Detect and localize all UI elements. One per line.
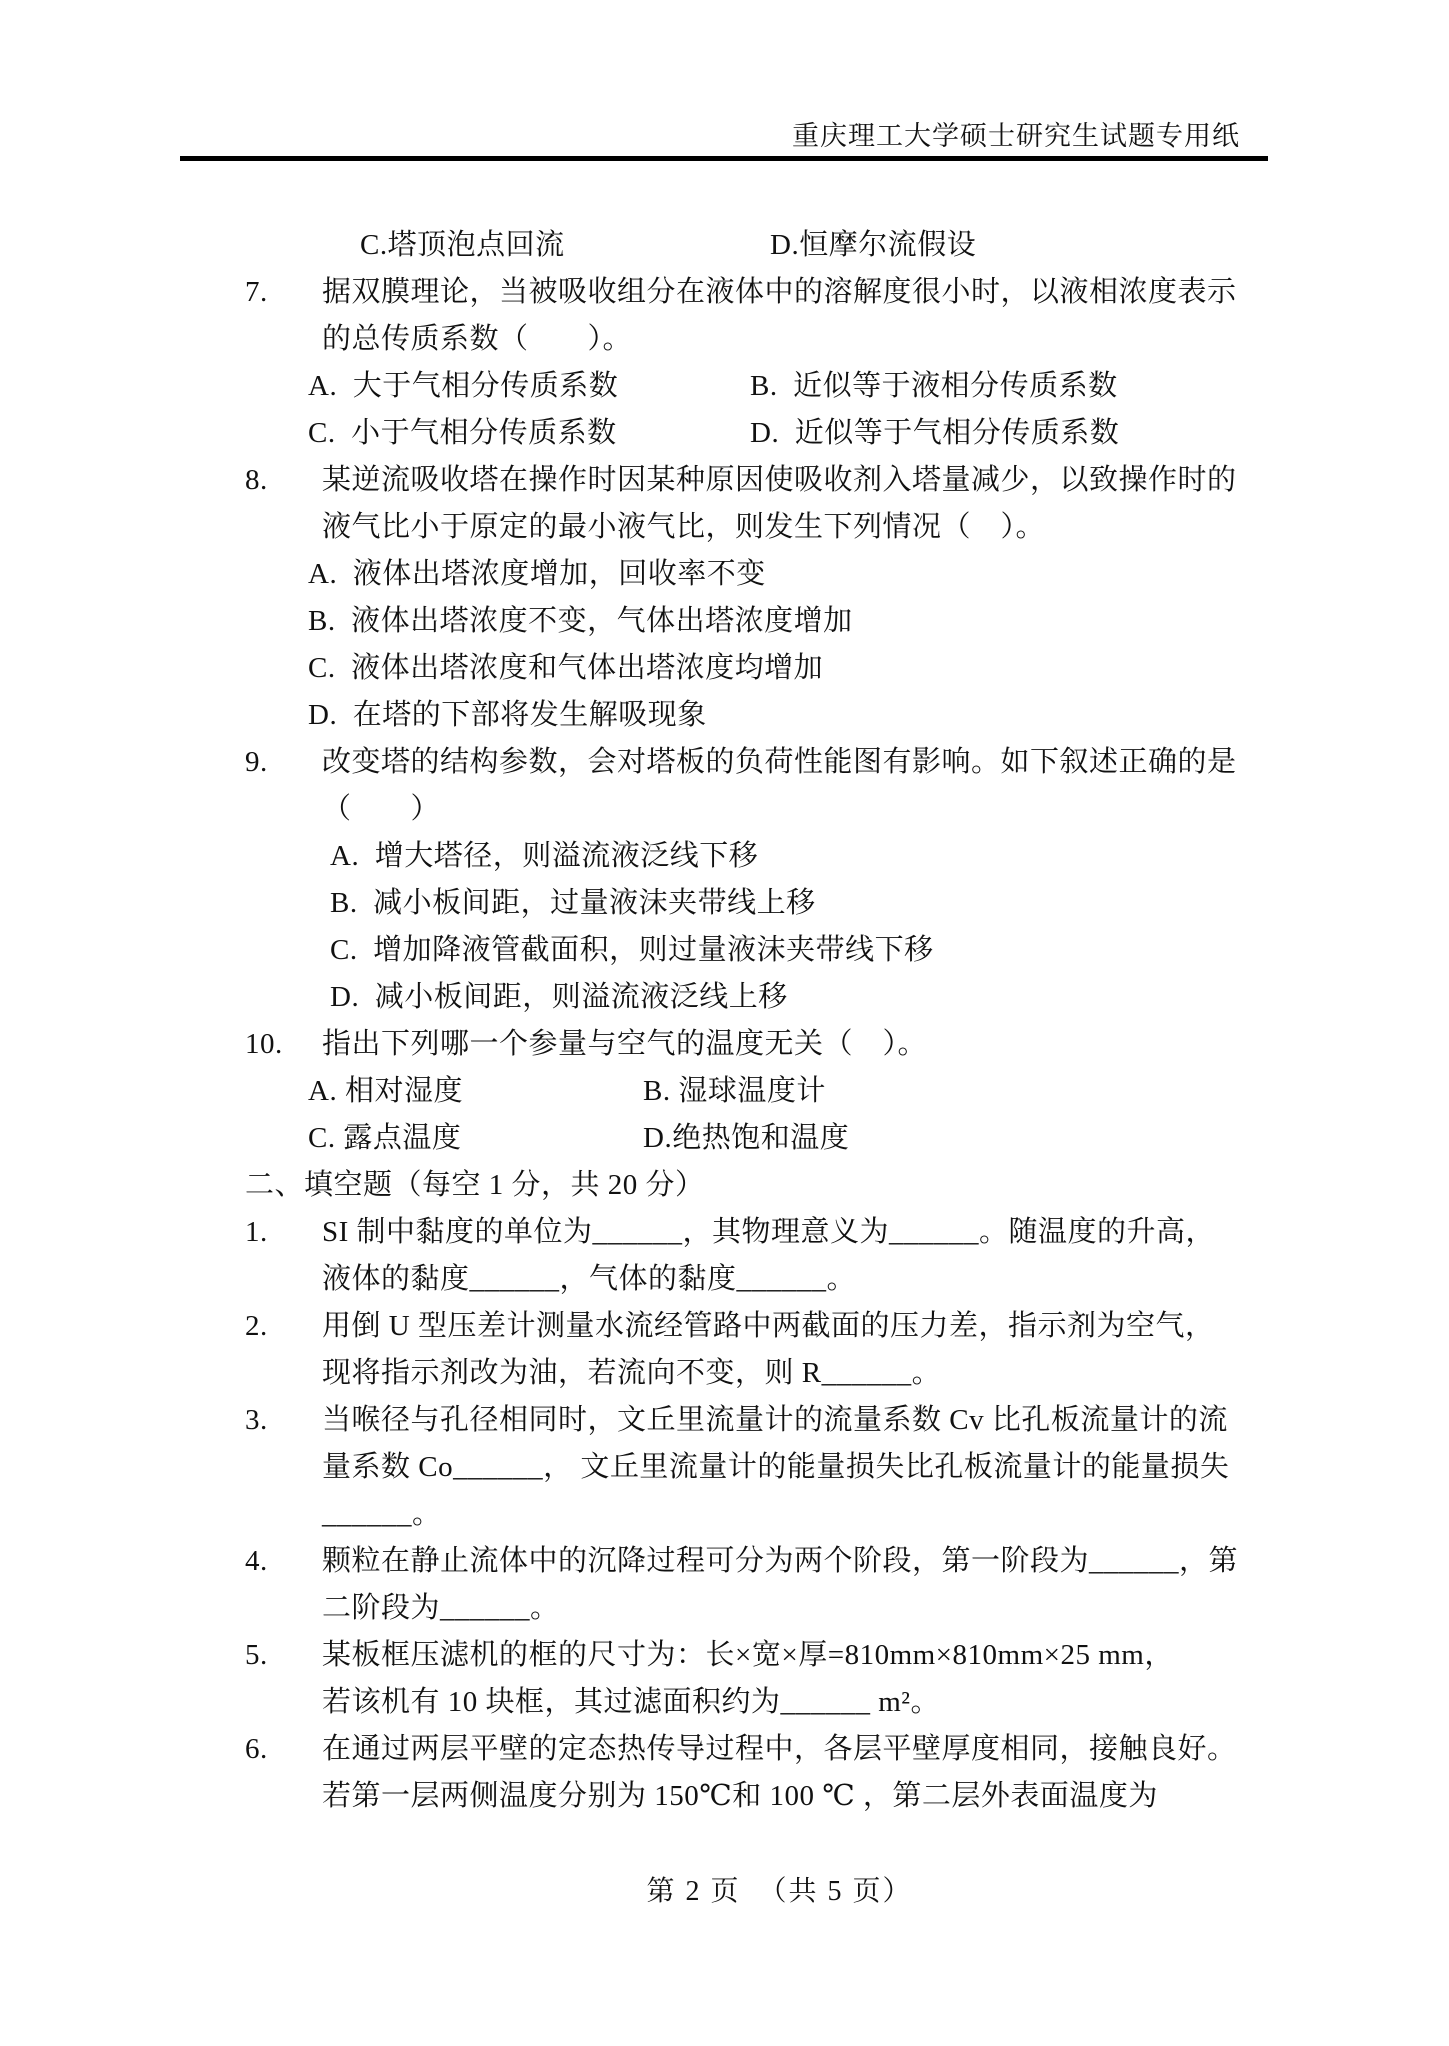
line-text: 某板框压滤机的框的尺寸为：长×宽×厚=810mm×810mm×25 mm， bbox=[322, 1632, 1174, 1679]
footer-page-label: 第 2 页 （共 5 页） bbox=[55, 1872, 1449, 1912]
line-text: D. 减小板间距，则溢流液泛线上移 bbox=[330, 974, 788, 1021]
question-number: 10. bbox=[245, 1021, 283, 1068]
line-text: 在通过两层平壁的定态热传导过程中，各层平壁厚度相同，接触良好。 bbox=[322, 1726, 1237, 1773]
exam-line: （ ） bbox=[0, 786, 1449, 833]
line-text: 据双膜理论，当被吸收组分在液体中的溶解度很小时，以液相浓度表示 bbox=[322, 269, 1237, 316]
line-text: C. 液体出塔浓度和气体出塔浓度均增加 bbox=[308, 645, 823, 692]
line-text: A. 增大塔径，则溢流液泛线下移 bbox=[330, 833, 758, 880]
line-text: 液体的黏度______，气体的黏度______。 bbox=[322, 1256, 856, 1303]
option-text: C.塔顶泡点回流 bbox=[360, 222, 565, 269]
exam-line: C. 增加降液管截面积，则过量液沫夹带线下移 bbox=[0, 927, 1449, 974]
option-text: A. 大于气相分传质系数 bbox=[308, 363, 618, 410]
line-text: 指出下列哪一个参量与空气的温度无关（ ）。 bbox=[322, 1021, 927, 1068]
line-text: D. 在塔的下部将发生解吸现象 bbox=[308, 692, 707, 739]
exam-line: D. 在塔的下部将发生解吸现象 bbox=[0, 692, 1449, 739]
question-number: 8. bbox=[245, 457, 268, 504]
option-text: D.绝热饱和温度 bbox=[643, 1115, 849, 1162]
line-text: 当喉径与孔径相同时，文丘里流量计的流量系数 Cv 比孔板流量计的流 bbox=[322, 1397, 1228, 1444]
exam-line: 8.某逆流吸收塔在操作时因某种原因使吸收剂入塔量减少，以致操作时的 bbox=[0, 457, 1449, 504]
line-text: A. 液体出塔浓度增加，回收率不变 bbox=[308, 551, 766, 598]
line-text: 液气比小于原定的最小液气比，则发生下列情况（ ）。 bbox=[322, 504, 1045, 551]
exam-line: 6.在通过两层平壁的定态热传导过程中，各层平壁厚度相同，接触良好。 bbox=[0, 1726, 1449, 1773]
line-text: SI 制中黏度的单位为______，其物理意义为______。随温度的升高， bbox=[322, 1209, 1215, 1256]
page-header-title: 重庆理工大学硕士研究生试题专用纸 bbox=[792, 121, 1240, 151]
exam-line: A. 液体出塔浓度增加，回收率不变 bbox=[0, 551, 1449, 598]
line-text: 若第一层两侧温度分别为 150℃和 100 ℃ ，第二层外表面温度为 bbox=[322, 1773, 1158, 1820]
exam-line: 二、填空题（每空 1 分，共 20 分） bbox=[0, 1162, 1449, 1209]
line-text: 改变塔的结构参数，会对塔板的负荷性能图有影响。如下叙述正确的是 bbox=[322, 739, 1237, 786]
exam-line: 量系数 Co______， 文丘里流量计的能量损失比孔板流量计的能量损失 bbox=[0, 1444, 1449, 1491]
exam-line: 1.SI 制中黏度的单位为______，其物理意义为______。随温度的升高， bbox=[0, 1209, 1449, 1256]
question-number: 3. bbox=[245, 1397, 268, 1444]
line-text: 颗粒在静止流体中的沉降过程可分为两个阶段，第一阶段为______，第 bbox=[322, 1538, 1238, 1585]
exam-line: 若第一层两侧温度分别为 150℃和 100 ℃ ，第二层外表面温度为 bbox=[0, 1773, 1449, 1820]
line-text: 现将指示剂改为油，若流向不变，则 R______。 bbox=[322, 1350, 941, 1397]
exam-line: 若该机有 10 块框，其过滤面积约为______ m²。 bbox=[0, 1679, 1449, 1726]
exam-line: ______。 bbox=[0, 1491, 1449, 1538]
question-number: 2. bbox=[245, 1303, 268, 1350]
exam-line: A. 相对湿度B. 湿球温度计 bbox=[0, 1068, 1449, 1115]
exam-line: C. 露点温度D.绝热饱和温度 bbox=[0, 1115, 1449, 1162]
exam-line: A. 大于气相分传质系数B. 近似等于液相分传质系数 bbox=[0, 363, 1449, 410]
option-text: A. 相对湿度 bbox=[308, 1068, 463, 1115]
exam-line: 4.颗粒在静止流体中的沉降过程可分为两个阶段，第一阶段为______，第 bbox=[0, 1538, 1449, 1585]
exam-line: A. 增大塔径，则溢流液泛线下移 bbox=[0, 833, 1449, 880]
line-text: 用倒 U 型压差计测量水流经管路中两截面的压力差，指示剂为空气， bbox=[322, 1303, 1214, 1350]
line-text: （ ） bbox=[322, 786, 440, 833]
exam-line: 2.用倒 U 型压差计测量水流经管路中两截面的压力差，指示剂为空气， bbox=[0, 1303, 1449, 1350]
exam-line: 9.改变塔的结构参数，会对塔板的负荷性能图有影响。如下叙述正确的是 bbox=[0, 739, 1449, 786]
question-number: 1. bbox=[245, 1209, 268, 1256]
question-number: 9. bbox=[245, 739, 268, 786]
line-text: B. 减小板间距，过量液沫夹带线上移 bbox=[330, 880, 816, 927]
exam-line: C.塔顶泡点回流D.恒摩尔流假设 bbox=[0, 222, 1449, 269]
option-text: C. 小于气相分传质系数 bbox=[308, 410, 617, 457]
line-text: ______。 bbox=[322, 1491, 442, 1538]
question-number: 4. bbox=[245, 1538, 268, 1585]
option-text: D. 近似等于气相分传质系数 bbox=[750, 410, 1119, 457]
option-text: C. 露点温度 bbox=[308, 1115, 461, 1162]
option-text: D.恒摩尔流假设 bbox=[770, 222, 976, 269]
exam-line: D. 减小板间距，则溢流液泛线上移 bbox=[0, 974, 1449, 1021]
line-text: 的总传质系数（ ）。 bbox=[322, 316, 632, 363]
exam-line: 10.指出下列哪一个参量与空气的温度无关（ ）。 bbox=[0, 1021, 1449, 1068]
header-rule bbox=[180, 156, 1268, 161]
line-text: 量系数 Co______， 文丘里流量计的能量损失比孔板流量计的能量损失 bbox=[322, 1444, 1229, 1491]
exam-line: 5.某板框压滤机的框的尺寸为：长×宽×厚=810mm×810mm×25 mm， bbox=[0, 1632, 1449, 1679]
question-number: 6. bbox=[245, 1726, 268, 1773]
line-text: C. 增加降液管截面积，则过量液沫夹带线下移 bbox=[330, 927, 934, 974]
exam-line: 现将指示剂改为油，若流向不变，则 R______。 bbox=[0, 1350, 1449, 1397]
exam-line: C. 小于气相分传质系数D. 近似等于气相分传质系数 bbox=[0, 410, 1449, 457]
line-text: 二阶段为______。 bbox=[322, 1585, 560, 1632]
exam-line: 7.据双膜理论，当被吸收组分在液体中的溶解度很小时，以液相浓度表示 bbox=[0, 269, 1449, 316]
line-text: B. 液体出塔浓度不变，气体出塔浓度增加 bbox=[308, 598, 853, 645]
exam-line: 液体的黏度______，气体的黏度______。 bbox=[0, 1256, 1449, 1303]
exam-line: C. 液体出塔浓度和气体出塔浓度均增加 bbox=[0, 645, 1449, 692]
exam-line: 3.当喉径与孔径相同时，文丘里流量计的流量系数 Cv 比孔板流量计的流 bbox=[0, 1397, 1449, 1444]
exam-page: 重庆理工大学硕士研究生试题专用纸 C.塔顶泡点回流D.恒摩尔流假设7.据双膜理论… bbox=[0, 0, 1449, 2046]
line-text: 某逆流吸收塔在操作时因某种原因使吸收剂入塔量减少，以致操作时的 bbox=[322, 457, 1237, 504]
question-number: 7. bbox=[245, 269, 268, 316]
option-text: B. 近似等于液相分传质系数 bbox=[750, 363, 1118, 410]
exam-line: B. 减小板间距，过量液沫夹带线上移 bbox=[0, 880, 1449, 927]
exam-line: B. 液体出塔浓度不变，气体出塔浓度增加 bbox=[0, 598, 1449, 645]
option-text: B. 湿球温度计 bbox=[643, 1068, 826, 1115]
line-text: 若该机有 10 块框，其过滤面积约为______ m²。 bbox=[322, 1679, 940, 1726]
exam-line: 二阶段为______。 bbox=[0, 1585, 1449, 1632]
section-heading: 二、填空题（每空 1 分，共 20 分） bbox=[245, 1162, 705, 1209]
exam-line: 液气比小于原定的最小液气比，则发生下列情况（ ）。 bbox=[0, 504, 1449, 551]
question-number: 5. bbox=[245, 1632, 268, 1679]
exam-body: C.塔顶泡点回流D.恒摩尔流假设7.据双膜理论，当被吸收组分在液体中的溶解度很小… bbox=[0, 222, 1449, 1820]
exam-line: 的总传质系数（ ）。 bbox=[0, 316, 1449, 363]
